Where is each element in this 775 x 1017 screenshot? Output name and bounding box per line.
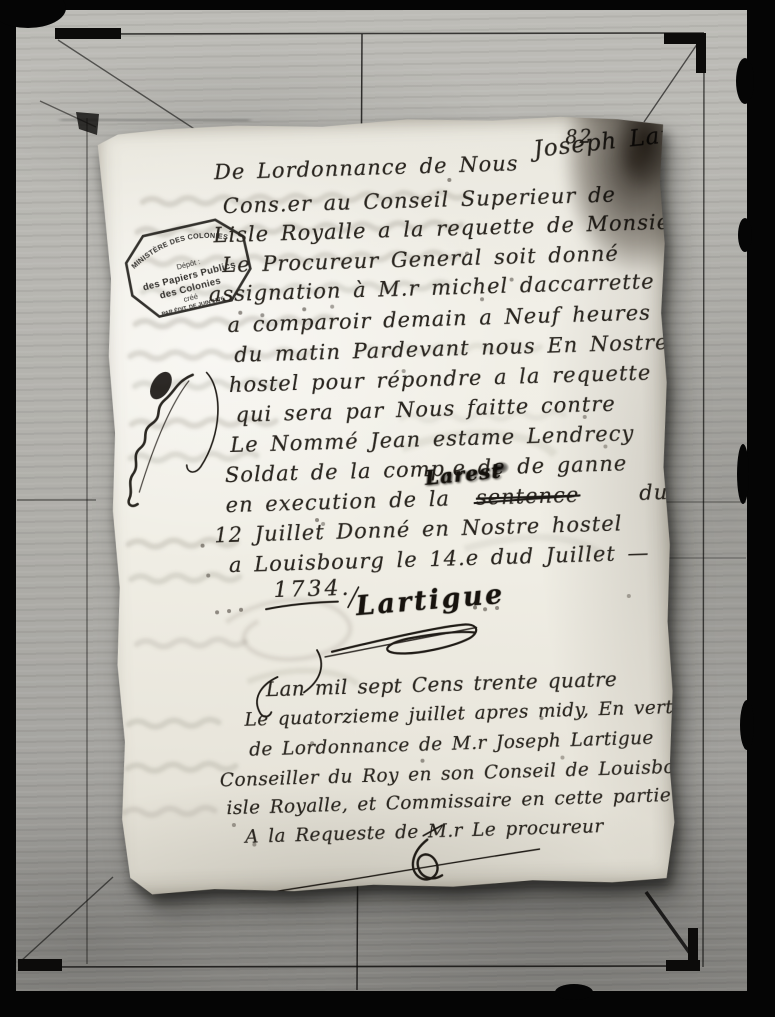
ink-speckles xyxy=(95,125,97,127)
microfilm-photo: MINISTÈRE DES COLONIES Dépôt : des Papie… xyxy=(0,0,775,1017)
signature-paraph xyxy=(331,624,476,655)
document-paper: MINISTÈRE DES COLONIES Dépôt : des Papie… xyxy=(95,112,680,897)
margin-annotation xyxy=(126,367,220,506)
ink-flourishes xyxy=(95,112,680,897)
paper-sheet: MINISTÈRE DES COLONIES Dépôt : des Papie… xyxy=(95,112,680,897)
section-bracket xyxy=(303,650,322,692)
closing-paraph xyxy=(412,839,442,879)
